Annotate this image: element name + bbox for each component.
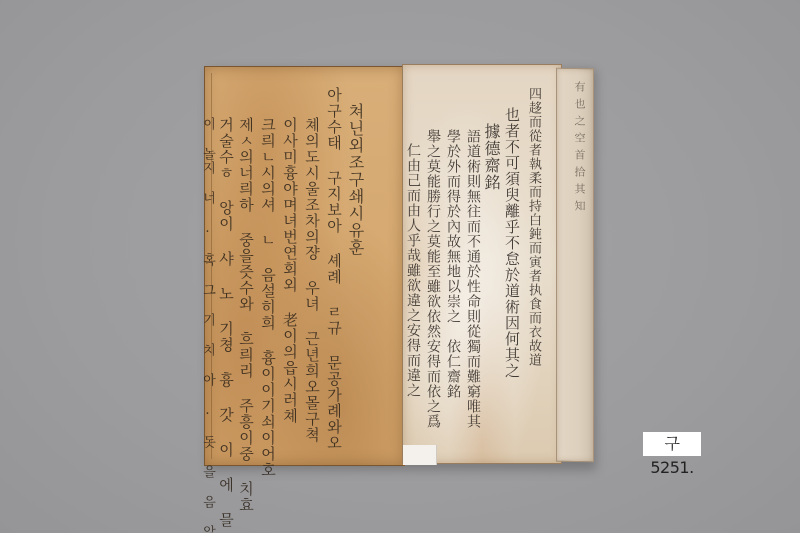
text-column: 제ㅅ의너릐하 중을즛수와 흐릐리 주흥이중 치효 — [236, 117, 257, 457]
text-column: 語道術則無往而不通於性命則從獨而難窮唯其 — [463, 129, 483, 429]
text-column: 크릐ㄴ시의셔 ㄴ 음설히희 흉이이기쇠이어호 — [258, 117, 279, 457]
text-column: 이사미흉야며녀번연회외 老이의읍시러쳬 — [280, 117, 301, 457]
text-column: 거술수ㅎ 앙이 샤 노 기쳥 흉 갓 이 에 믈 — [216, 117, 237, 457]
folded-page-strip: 有也之空首拾其知 — [556, 68, 594, 462]
text-column: 也者不可須臾離乎不怠於道術因何其之 — [502, 107, 523, 379]
text-column: 有也之空首拾其知 — [571, 81, 587, 451]
text-column-heading: 據德齋銘 — [480, 123, 503, 191]
text-column: 아구수태 구지보아 셰례 ㄹ규 문공가례와오 — [324, 87, 345, 457]
right-page-hanja: 四趍而從者執柔而持白鈍而寅者执食而衣故道 也者不可須臾離乎不怠於道術因何其之 據… — [402, 64, 562, 464]
text-column: 學於外而得於內故無地以崇之 依仁齋銘 — [443, 129, 463, 399]
open-book: 쳐닌외조구쇄시유훈 아구수태 구지보아 셰례 ㄹ규 문공가례와오 쳬의도시울조차… — [204, 64, 592, 466]
text-column: 쳬의도시울조차의쟝 우녀 근년희오몰구쳑 — [302, 117, 323, 457]
text-column: 舉之莫能勝行之莫能至雖欲依然安得而依之爲 — [423, 129, 443, 429]
text-column: 이 놀지 너 . 혹 그 기 치 아 . 돗 을 음 알 너 이 쳐 도 쳘 — [198, 117, 217, 457]
text-column: 仁由己而由人乎哉雖欲違之安得而違之 — [403, 143, 423, 398]
text-column: 四趍而從者執柔而持白鈍而寅者执食而衣故道 — [524, 87, 543, 367]
left-page-hangul: 쳐닌외조구쇄시유훈 아구수태 구지보아 셰례 ㄹ규 문공가례와오 쳬의도시울조차… — [204, 66, 405, 466]
catalog-label: 구5251. — [643, 432, 701, 456]
text-column-title: 쳐닌외조구쇄시유훈 — [344, 103, 367, 256]
paper-tab — [403, 445, 437, 465]
